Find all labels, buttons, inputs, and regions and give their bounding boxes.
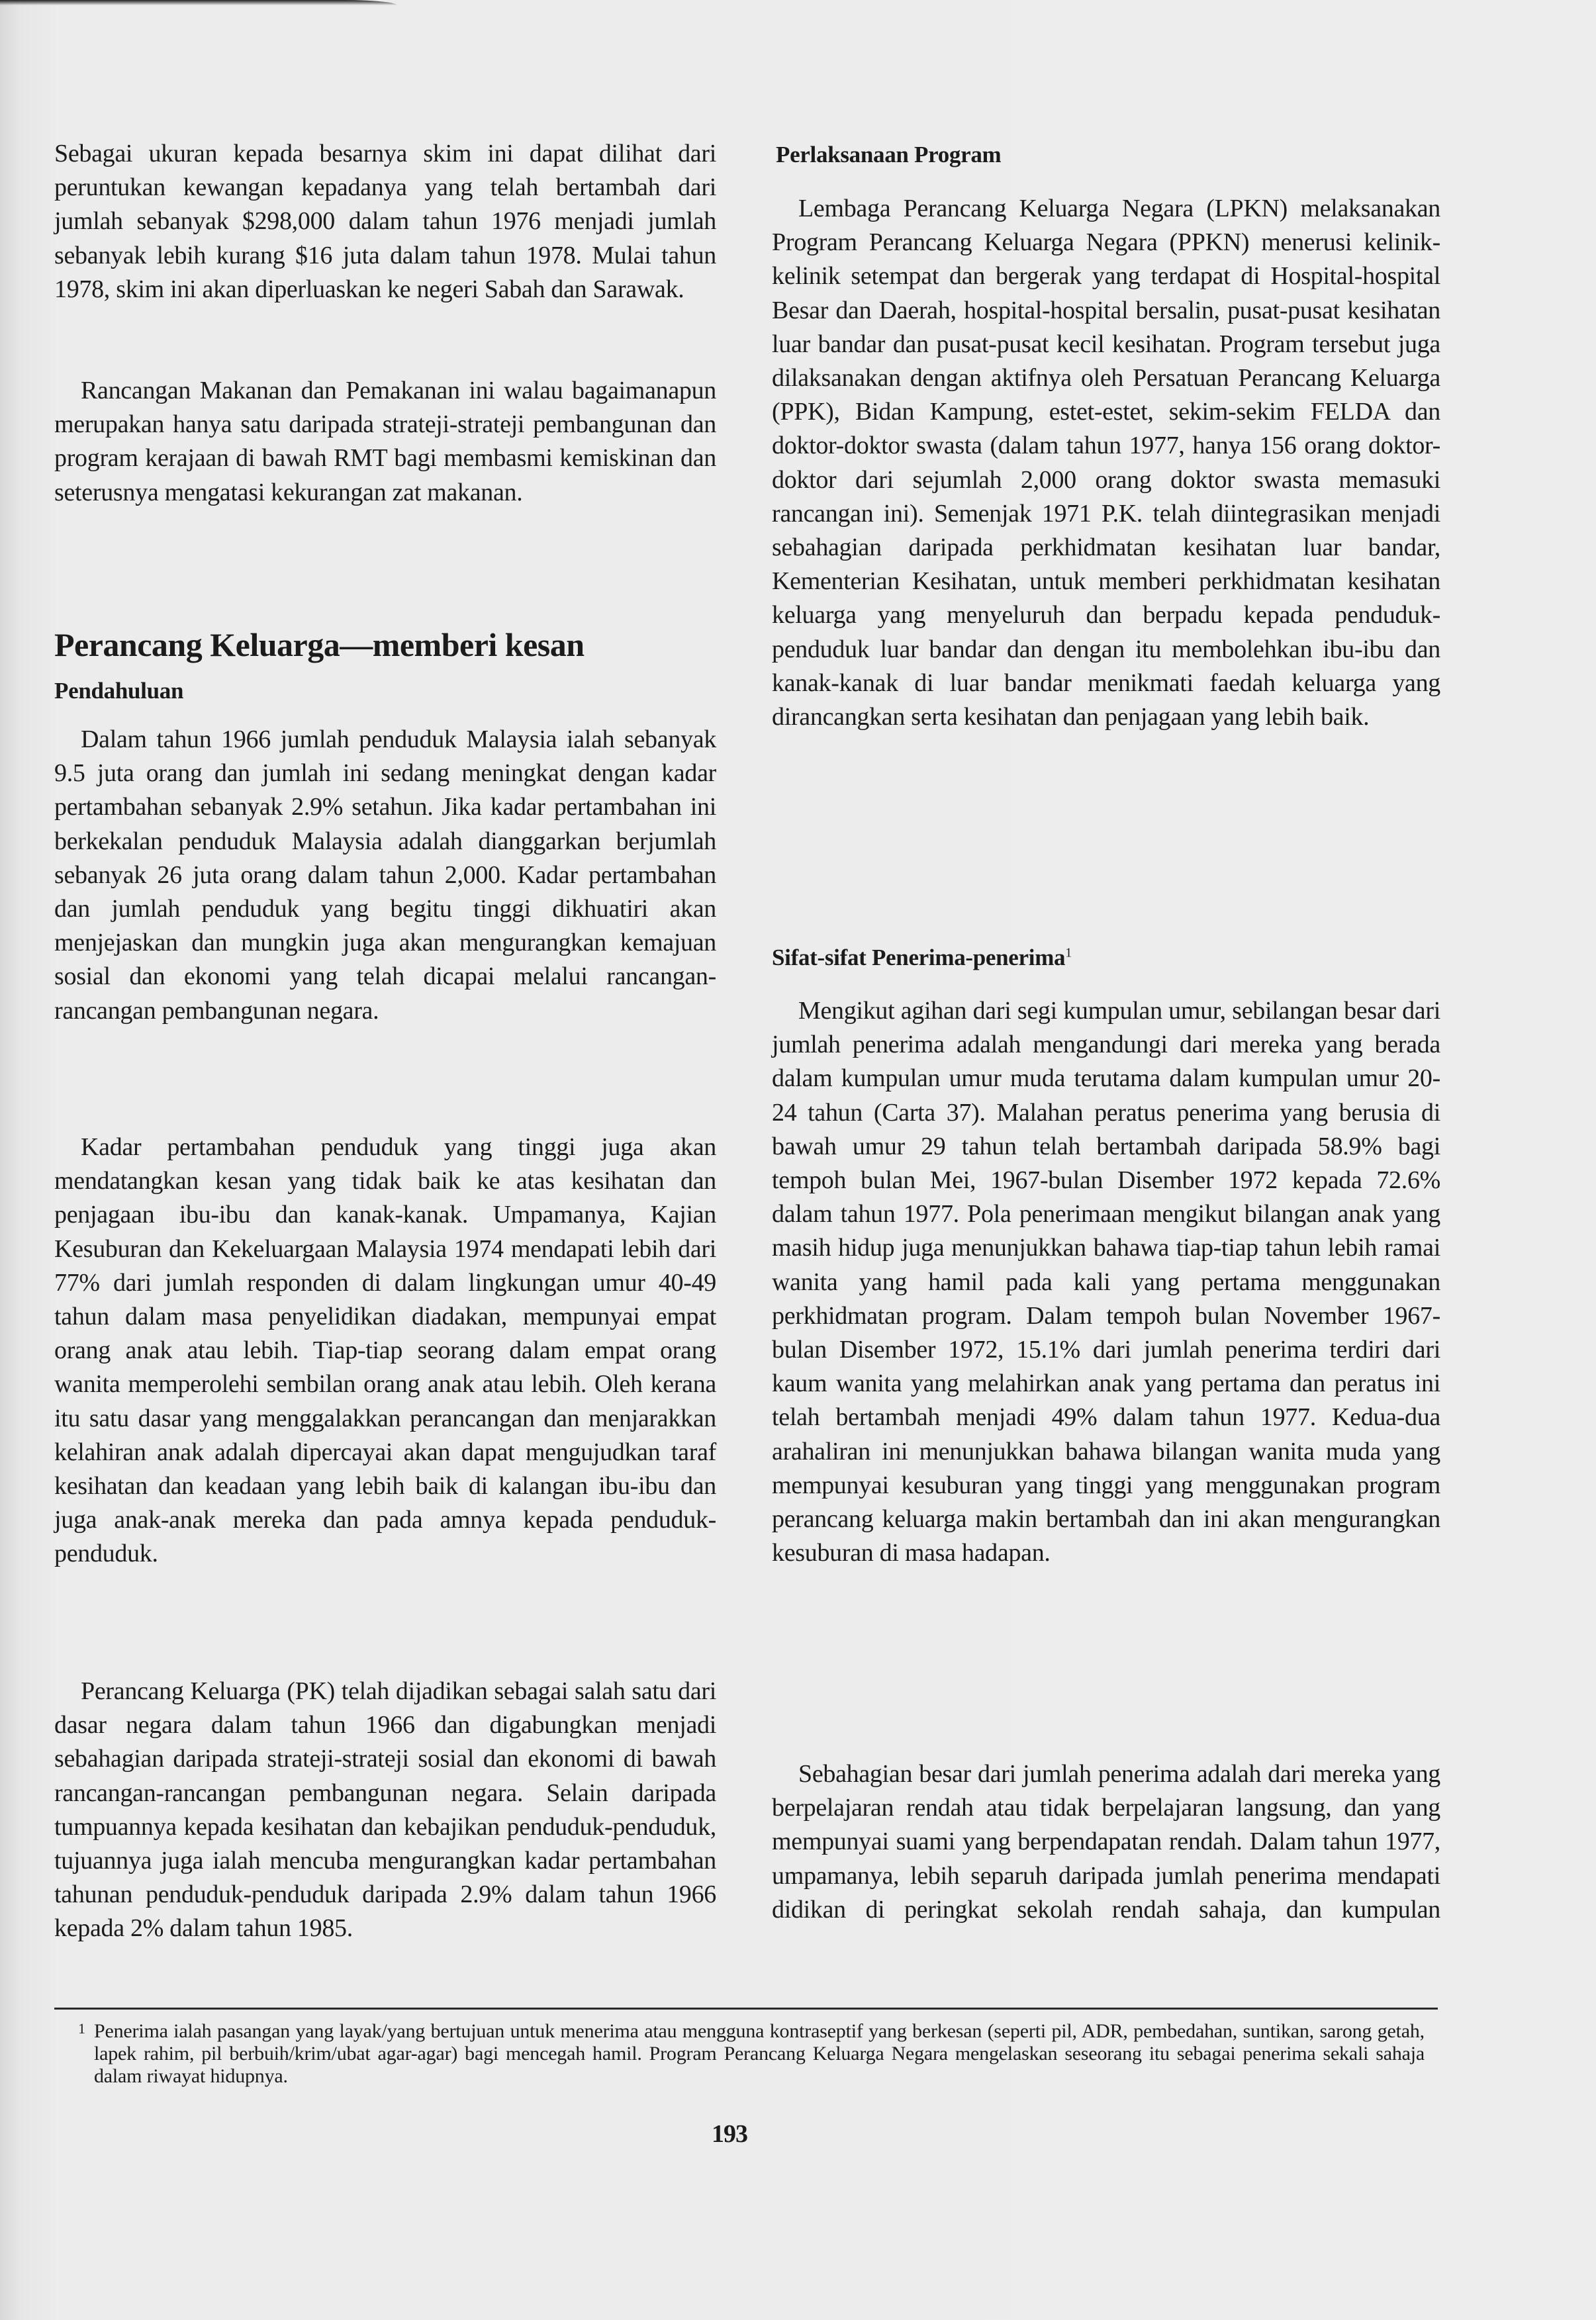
section-heading: Perancang Keluarga—memberi kesan — [54, 625, 585, 665]
footnote-text: Penerima ialah pasangan yang layak/yang … — [94, 2020, 1425, 2087]
heading-sifat-penerima-text: Sifat-sifat Penerima-penerima — [772, 945, 1065, 970]
footnote: 1 Penerima ialah pasangan yang layak/yan… — [54, 2020, 1425, 2088]
paragraph-population-1966: Dalam tahun 1966 jumlah penduduk Malaysi… — [54, 723, 716, 1028]
scan-edge-shadow — [0, 0, 397, 5]
paragraph-pk-policy: Perancang Keluarga (PK) telah dijadikan … — [54, 1675, 716, 1946]
heading-perlaksanaan-program: Perlaksanaan Program — [776, 140, 1001, 169]
footnote-reference: 1 — [1065, 945, 1072, 960]
subheading-pendahuluan: Pendahuluan — [54, 676, 183, 706]
book-page: Sebagai ukuran kepada besarnya skim ini … — [0, 0, 1596, 2320]
paragraph-age-distribution: Mengikut agihan dari segi kumpulan umur,… — [772, 994, 1440, 1570]
footnote-marker: 1 — [78, 2018, 85, 2040]
paragraph-skim-funding: Sebagai ukuran kepada besarnya skim ini … — [54, 137, 716, 306]
paragraph-lpkn-program: Lembaga Perancang Keluarga Negara (LPKN)… — [772, 192, 1440, 734]
heading-sifat-penerima: Sifat-sifat Penerima-penerima1 — [772, 943, 1072, 972]
paragraph-education-income: Sebahagian besar dari jumlah penerima ad… — [772, 1757, 1440, 1927]
page-number: 193 — [712, 2119, 747, 2149]
footnote-divider — [54, 2008, 1438, 2010]
paragraph-rancangan-makanan: Rancangan Makanan dan Pemakanan ini wala… — [54, 374, 716, 510]
paragraph-health-impact: Kadar pertambahan penduduk yang tinggi j… — [54, 1131, 716, 1571]
